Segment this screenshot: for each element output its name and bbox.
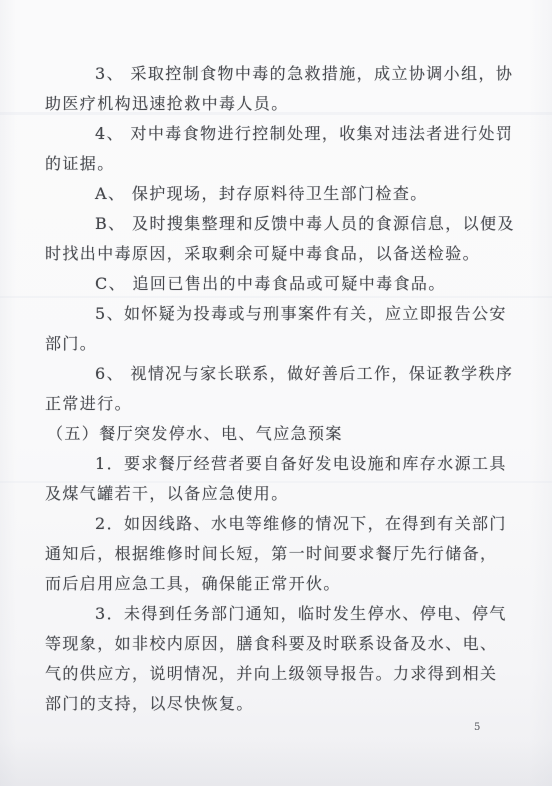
text-line-content: 气的供应方，说明情况，并向上级领导报告。力求得到相关	[45, 664, 497, 683]
text-line-content: 2．如因线路、水电等维修的情况下，在得到有关部门	[95, 514, 507, 533]
text-line: 助医疗机构迅速抢救中毒人员。	[45, 89, 515, 119]
text-line-content: 部门。	[45, 334, 97, 353]
text-line-content: 5、如怀疑为投毒或与刑事案件有关，应立即报告公安	[95, 304, 507, 323]
text-line: 及煤气罐若干，以备应急使用。	[45, 479, 515, 509]
text-line: 1．要求餐厅经营者要自备好发电设施和库存水源工具	[45, 449, 515, 479]
text-line: 5、如怀疑为投毒或与刑事案件有关，应立即报告公安	[45, 299, 515, 329]
text-line-content: 的证据。	[45, 154, 115, 173]
text-line: 等现象，如非校内原因，膳食科要及时联系设备及水、电、	[45, 629, 515, 659]
text-line: 的证据。	[45, 149, 515, 179]
text-line-content: （五）餐厅突发停水、电、气应急预案	[47, 424, 343, 443]
document-text-block: 3、 采取控制食物中毒的急救措施，成立协调小组，协 助医疗机构迅速抢救中毒人员。…	[45, 59, 515, 719]
text-line-content: 4、 对中毒食物进行控制处理，收集对违法者进行处罚	[95, 124, 513, 143]
text-line-content: 1．要求餐厅经营者要自备好发电设施和库存水源工具	[95, 454, 507, 473]
text-line-content: 3、 采取控制食物中毒的急救措施，成立协调小组，协	[95, 64, 513, 83]
text-line: 部门。	[45, 329, 515, 359]
text-line: 4、 对中毒食物进行控制处理，收集对违法者进行处罚	[45, 119, 515, 149]
text-line-content: 等现象，如非校内原因，膳食科要及时联系设备及水、电、	[45, 634, 497, 653]
text-line: 6、 视情况与家长联系，做好善后工作，保证教学秩序	[45, 359, 515, 389]
text-line: 正常进行。	[45, 389, 515, 419]
text-line: 部门的支持，以尽快恢复。	[45, 689, 515, 719]
text-line: 通知后，根据维修时间长短，第一时间要求餐厅先行储备，	[45, 539, 515, 569]
text-line: 气的供应方，说明情况，并向上级领导报告。力求得到相关	[45, 659, 515, 689]
text-line: 3．未得到任务部门通知，临时发生停水、停电、停气	[45, 599, 515, 629]
text-line-content: 正常进行。	[45, 394, 132, 413]
text-line-content: 时找出中毒原因，采取剩余可疑中毒食品，以备送检验。	[45, 244, 480, 263]
page-number: 5	[474, 721, 480, 735]
text-line-content: B、 及时搜集整理和反馈中毒人员的食源信息，以便及	[95, 214, 515, 233]
text-line-content: A、 保护现场，封存原料待卫生部门检查。	[95, 184, 428, 203]
text-line: C、 追回已售出的中毒食品或可疑中毒食品。	[45, 269, 515, 299]
text-line-content: C、 追回已售出的中毒食品或可疑中毒食品。	[95, 274, 446, 293]
text-line: A、 保护现场，封存原料待卫生部门检查。	[45, 179, 515, 209]
text-line-content: 助医疗机构迅速抢救中毒人员。	[45, 94, 289, 113]
document-page: 3、 采取控制食物中毒的急救措施，成立协调小组，协 助医疗机构迅速抢救中毒人员。…	[0, 0, 552, 786]
text-line: 2．如因线路、水电等维修的情况下，在得到有关部门	[45, 509, 515, 539]
text-line: 时找出中毒原因，采取剩余可疑中毒食品，以备送检验。	[45, 239, 515, 269]
text-line-content: 部门的支持，以尽快恢复。	[45, 694, 254, 713]
text-line: （五）餐厅突发停水、电、气应急预案	[45, 419, 515, 449]
text-line: 3、 采取控制食物中毒的急救措施，成立协调小组，协	[45, 59, 515, 89]
text-line-content: 而后启用应急工具，确保能正常开伙。	[45, 574, 341, 593]
text-line-content: 及煤气罐若干，以备应急使用。	[45, 484, 289, 503]
text-line: 而后启用应急工具，确保能正常开伙。	[45, 569, 515, 599]
text-line-content: 通知后，根据维修时间长短，第一时间要求餐厅先行储备，	[45, 544, 497, 563]
text-line: B、 及时搜集整理和反馈中毒人员的食源信息，以便及	[45, 209, 515, 239]
text-line-content: 6、 视情况与家长联系，做好善后工作，保证教学秩序	[95, 364, 513, 383]
text-line-content: 3．未得到任务部门通知，临时发生停水、停电、停气	[95, 604, 507, 623]
